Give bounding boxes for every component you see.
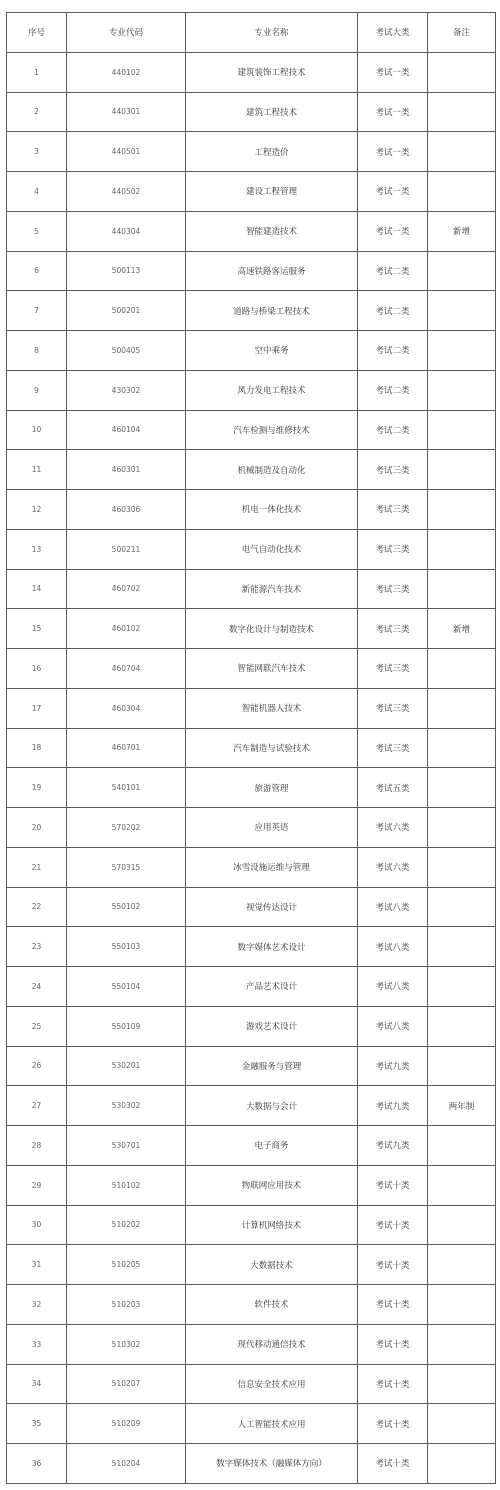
- cell-major-code: 460702: [67, 569, 186, 609]
- cell-serial-number: 18: [7, 728, 67, 768]
- cell-remarks: [428, 1404, 496, 1444]
- table-row: 6500113高速铁路客运服务考试二类: [7, 251, 496, 291]
- cell-major-code: 510302: [67, 1324, 186, 1364]
- cell-remarks: [428, 768, 496, 808]
- cell-serial-number: 7: [7, 291, 67, 331]
- table-row: 21570315冰雪设施运维与管理考试六类: [7, 847, 496, 887]
- table-row: 4440502建设工程管理考试一类: [7, 172, 496, 212]
- cell-major-name: 汽车检测与维修技术: [186, 410, 358, 450]
- cell-exam-category: 考试十类: [358, 1364, 428, 1404]
- cell-major-name: 游戏艺术设计: [186, 1006, 358, 1046]
- cell-exam-category: 考试九类: [358, 1126, 428, 1166]
- cell-major-name: 建筑装饰工程技术: [186, 52, 358, 92]
- cell-major-name: 机械制造及自动化: [186, 450, 358, 490]
- table-row: 35510209人工智能技术应用考试十类: [7, 1404, 496, 1444]
- table-row: 15460102数字化设计与制造技术考试三类新增: [7, 609, 496, 649]
- cell-serial-number: 26: [7, 1046, 67, 1086]
- cell-exam-category: 考试三类: [358, 490, 428, 530]
- table-row: 8500405空中乘务考试二类: [7, 331, 496, 371]
- table-row: 29510102物联网应用技术考试十类: [7, 1165, 496, 1205]
- table-row: 19540101旅游管理考试五类: [7, 768, 496, 808]
- cell-major-code: 530302: [67, 1086, 186, 1126]
- cell-remarks: [428, 370, 496, 410]
- table-row: 12460306机电一体化技术考试三类: [7, 490, 496, 530]
- table-row: 27530302大数据与会计考试九类两年制: [7, 1086, 496, 1126]
- table-row: 18460701汽车制造与试验技术考试三类: [7, 728, 496, 768]
- cell-remarks: [428, 251, 496, 291]
- cell-major-name: 工程造价: [186, 132, 358, 172]
- cell-serial-number: 8: [7, 331, 67, 371]
- cell-exam-category: 考试三类: [358, 450, 428, 490]
- cell-remarks: [428, 1245, 496, 1285]
- cell-serial-number: 10: [7, 410, 67, 450]
- cell-major-code: 500113: [67, 251, 186, 291]
- table-body: 1440102建筑装饰工程技术考试一类2440301建筑工程技术考试一类3440…: [7, 52, 496, 1483]
- cell-major-name: 建筑工程技术: [186, 92, 358, 132]
- cell-serial-number: 14: [7, 569, 67, 609]
- cell-exam-category: 考试三类: [358, 609, 428, 649]
- cell-serial-number: 1: [7, 52, 67, 92]
- cell-serial-number: 33: [7, 1324, 67, 1364]
- cell-serial-number: 36: [7, 1444, 67, 1484]
- table-row: 5440304智能建造技术考试一类新增: [7, 211, 496, 251]
- cell-major-name: 软件技术: [186, 1285, 358, 1325]
- cell-major-name: 冰雪设施运维与管理: [186, 847, 358, 887]
- cell-serial-number: 11: [7, 450, 67, 490]
- cell-remarks: [428, 1324, 496, 1364]
- cell-major-name: 大数据技术: [186, 1245, 358, 1285]
- cell-remarks: [428, 52, 496, 92]
- cell-major-code: 510203: [67, 1285, 186, 1325]
- cell-exam-category: 考试三类: [358, 728, 428, 768]
- cell-exam-category: 考试十类: [358, 1404, 428, 1444]
- cell-exam-category: 考试十类: [358, 1245, 428, 1285]
- cell-major-name: 旅游管理: [186, 768, 358, 808]
- cell-major-name: 金融服务与管理: [186, 1046, 358, 1086]
- cell-major-name: 风力发电工程技术: [186, 370, 358, 410]
- cell-exam-category: 考试八类: [358, 967, 428, 1007]
- cell-major-code: 510205: [67, 1245, 186, 1285]
- cell-exam-category: 考试二类: [358, 251, 428, 291]
- cell-major-code: 460306: [67, 490, 186, 530]
- cell-serial-number: 15: [7, 609, 67, 649]
- table-row: 20570202应用英语考试六类: [7, 808, 496, 848]
- cell-major-name: 信息安全技术应用: [186, 1364, 358, 1404]
- cell-remarks: [428, 688, 496, 728]
- cell-remarks: [428, 1046, 496, 1086]
- cell-remarks: [428, 808, 496, 848]
- cell-major-code: 460301: [67, 450, 186, 490]
- cell-remarks: [428, 331, 496, 371]
- cell-exam-category: 考试十类: [358, 1205, 428, 1245]
- cell-remarks: [428, 1006, 496, 1046]
- cell-remarks: [428, 92, 496, 132]
- cell-remarks: [428, 410, 496, 450]
- table-row: 25550109游戏艺术设计考试八类: [7, 1006, 496, 1046]
- cell-exam-category: 考试一类: [358, 52, 428, 92]
- cell-major-name: 数字媒体技术（融媒体方向）: [186, 1444, 358, 1484]
- cell-major-code: 510204: [67, 1444, 186, 1484]
- cell-serial-number: 21: [7, 847, 67, 887]
- cell-serial-number: 4: [7, 172, 67, 212]
- cell-remarks: [428, 967, 496, 1007]
- cell-remarks: [428, 1285, 496, 1325]
- cell-major-code: 530201: [67, 1046, 186, 1086]
- header-major-code: 专业代码: [67, 13, 186, 53]
- cell-major-name: 高速铁路客运服务: [186, 251, 358, 291]
- cell-serial-number: 17: [7, 688, 67, 728]
- table-row: 10460104汽车检测与维修技术考试二类: [7, 410, 496, 450]
- table-row: 36510204数字媒体技术（融媒体方向）考试十类: [7, 1444, 496, 1484]
- cell-major-name: 应用英语: [186, 808, 358, 848]
- cell-exam-category: 考试三类: [358, 569, 428, 609]
- cell-major-name: 现代移动通信技术: [186, 1324, 358, 1364]
- header-remarks: 备注: [428, 13, 496, 53]
- cell-exam-category: 考试一类: [358, 92, 428, 132]
- cell-serial-number: 13: [7, 529, 67, 569]
- cell-major-code: 440501: [67, 132, 186, 172]
- cell-serial-number: 24: [7, 967, 67, 1007]
- cell-major-code: 550104: [67, 967, 186, 1007]
- cell-remarks: [428, 132, 496, 172]
- cell-serial-number: 32: [7, 1285, 67, 1325]
- table-row: 17460304智能机器人技术考试三类: [7, 688, 496, 728]
- cell-major-code: 440502: [67, 172, 186, 212]
- cell-remarks: [428, 927, 496, 967]
- table-row: 16460704智能网联汽车技术考试三类: [7, 649, 496, 689]
- cell-major-code: 510102: [67, 1165, 186, 1205]
- header-serial-number: 序号: [7, 13, 67, 53]
- cell-serial-number: 2: [7, 92, 67, 132]
- cell-major-name: 道路与桥梁工程技术: [186, 291, 358, 331]
- cell-major-name: 数字媒体艺术设计: [186, 927, 358, 967]
- cell-major-name: 智能机器人技术: [186, 688, 358, 728]
- cell-serial-number: 35: [7, 1404, 67, 1444]
- cell-major-name: 计算机网络技术: [186, 1205, 358, 1245]
- table-row: 31510205大数据技术考试十类: [7, 1245, 496, 1285]
- table-row: 33510302现代移动通信技术考试十类: [7, 1324, 496, 1364]
- cell-serial-number: 16: [7, 649, 67, 689]
- cell-serial-number: 9: [7, 370, 67, 410]
- cell-major-code: 540101: [67, 768, 186, 808]
- cell-exam-category: 考试一类: [358, 172, 428, 212]
- cell-remarks: [428, 649, 496, 689]
- cell-remarks: [428, 291, 496, 331]
- cell-remarks: [428, 172, 496, 212]
- cell-remarks: [428, 1165, 496, 1205]
- cell-exam-category: 考试三类: [358, 688, 428, 728]
- cell-remarks: 两年制: [428, 1086, 496, 1126]
- cell-major-code: 460104: [67, 410, 186, 450]
- cell-serial-number: 27: [7, 1086, 67, 1126]
- cell-major-code: 460701: [67, 728, 186, 768]
- cell-exam-category: 考试十类: [358, 1285, 428, 1325]
- cell-remarks: [428, 728, 496, 768]
- header-exam-category: 考试大类: [358, 13, 428, 53]
- cell-major-name: 电子商务: [186, 1126, 358, 1166]
- cell-serial-number: 19: [7, 768, 67, 808]
- cell-major-name: 物联网应用技术: [186, 1165, 358, 1205]
- cell-serial-number: 12: [7, 490, 67, 530]
- cell-major-code: 510207: [67, 1364, 186, 1404]
- cell-exam-category: 考试一类: [358, 132, 428, 172]
- cell-exam-category: 考试十类: [358, 1165, 428, 1205]
- table-row: 7500201道路与桥梁工程技术考试二类: [7, 291, 496, 331]
- table-row: 9430302风力发电工程技术考试二类: [7, 370, 496, 410]
- cell-exam-category: 考试八类: [358, 887, 428, 927]
- cell-major-code: 460102: [67, 609, 186, 649]
- table-row: 28530701电子商务考试九类: [7, 1126, 496, 1166]
- cell-major-code: 460704: [67, 649, 186, 689]
- cell-major-code: 440102: [67, 52, 186, 92]
- cell-exam-category: 考试五类: [358, 768, 428, 808]
- cell-serial-number: 31: [7, 1245, 67, 1285]
- cell-major-name: 数字化设计与制造技术: [186, 609, 358, 649]
- table-row: 1440102建筑装饰工程技术考试一类: [7, 52, 496, 92]
- cell-remarks: [428, 847, 496, 887]
- table-row: 14460702新能源汽车技术考试三类: [7, 569, 496, 609]
- table-row: 22550102视觉传达设计考试八类: [7, 887, 496, 927]
- cell-major-code: 530701: [67, 1126, 186, 1166]
- table-row: 2440301建筑工程技术考试一类: [7, 92, 496, 132]
- cell-exam-category: 考试九类: [358, 1046, 428, 1086]
- cell-remarks: [428, 569, 496, 609]
- cell-major-code: 550109: [67, 1006, 186, 1046]
- majors-table: 序号 专业代码 专业名称 考试大类 备注 1440102建筑装饰工程技术考试一类…: [6, 12, 496, 1484]
- cell-serial-number: 20: [7, 808, 67, 848]
- cell-major-name: 智能建造技术: [186, 211, 358, 251]
- table-row: 3440501工程造价考试一类: [7, 132, 496, 172]
- cell-remarks: 新增: [428, 211, 496, 251]
- cell-major-name: 电气自动化技术: [186, 529, 358, 569]
- cell-exam-category: 考试六类: [358, 847, 428, 887]
- cell-major-name: 智能网联汽车技术: [186, 649, 358, 689]
- cell-serial-number: 30: [7, 1205, 67, 1245]
- cell-remarks: [428, 1364, 496, 1404]
- cell-exam-category: 考试十类: [358, 1444, 428, 1484]
- cell-major-code: 500405: [67, 331, 186, 371]
- cell-major-code: 500201: [67, 291, 186, 331]
- cell-major-code: 510202: [67, 1205, 186, 1245]
- cell-serial-number: 22: [7, 887, 67, 927]
- cell-exam-category: 考试二类: [358, 410, 428, 450]
- cell-remarks: [428, 887, 496, 927]
- cell-remarks: [428, 490, 496, 530]
- cell-major-name: 大数据与会计: [186, 1086, 358, 1126]
- cell-exam-category: 考试二类: [358, 370, 428, 410]
- table-row: 11460301机械制造及自动化考试三类: [7, 450, 496, 490]
- header-major-name: 专业名称: [186, 13, 358, 53]
- cell-serial-number: 34: [7, 1364, 67, 1404]
- table-row: 30510202计算机网络技术考试十类: [7, 1205, 496, 1245]
- cell-remarks: [428, 1205, 496, 1245]
- cell-exam-category: 考试一类: [358, 211, 428, 251]
- table-row: 13500211电气自动化技术考试三类: [7, 529, 496, 569]
- cell-major-code: 500211: [67, 529, 186, 569]
- cell-major-code: 440304: [67, 211, 186, 251]
- table-row: 23550103数字媒体艺术设计考试八类: [7, 927, 496, 967]
- cell-exam-category: 考试十类: [358, 1324, 428, 1364]
- cell-serial-number: 25: [7, 1006, 67, 1046]
- cell-serial-number: 29: [7, 1165, 67, 1205]
- cell-exam-category: 考试八类: [358, 1006, 428, 1046]
- cell-major-name: 新能源汽车技术: [186, 569, 358, 609]
- cell-major-code: 460304: [67, 688, 186, 728]
- cell-exam-category: 考试八类: [358, 927, 428, 967]
- cell-major-name: 视觉传达设计: [186, 887, 358, 927]
- cell-major-name: 建设工程管理: [186, 172, 358, 212]
- cell-remarks: [428, 1444, 496, 1484]
- cell-major-code: 570202: [67, 808, 186, 848]
- cell-major-name: 人工智能技术应用: [186, 1404, 358, 1444]
- table-row: 26530201金融服务与管理考试九类: [7, 1046, 496, 1086]
- cell-serial-number: 28: [7, 1126, 67, 1166]
- cell-serial-number: 6: [7, 251, 67, 291]
- cell-major-name: 机电一体化技术: [186, 490, 358, 530]
- cell-serial-number: 5: [7, 211, 67, 251]
- cell-serial-number: 23: [7, 927, 67, 967]
- cell-remarks: 新增: [428, 609, 496, 649]
- cell-major-code: 510209: [67, 1404, 186, 1444]
- cell-remarks: [428, 1126, 496, 1166]
- cell-remarks: [428, 450, 496, 490]
- cell-major-name: 空中乘务: [186, 331, 358, 371]
- majors-table-container: 序号 专业代码 专业名称 考试大类 备注 1440102建筑装饰工程技术考试一类…: [6, 12, 495, 1484]
- cell-major-code: 430302: [67, 370, 186, 410]
- table-row: 32510203软件技术考试十类: [7, 1285, 496, 1325]
- cell-major-code: 570315: [67, 847, 186, 887]
- table-row: 34510207信息安全技术应用考试十类: [7, 1364, 496, 1404]
- cell-major-name: 汽车制造与试验技术: [186, 728, 358, 768]
- cell-exam-category: 考试二类: [358, 331, 428, 371]
- cell-exam-category: 考试六类: [358, 808, 428, 848]
- cell-major-code: 550102: [67, 887, 186, 927]
- cell-serial-number: 3: [7, 132, 67, 172]
- cell-exam-category: 考试三类: [358, 529, 428, 569]
- table-header-row: 序号 专业代码 专业名称 考试大类 备注: [7, 13, 496, 53]
- cell-major-name: 产品艺术设计: [186, 967, 358, 1007]
- cell-remarks: [428, 529, 496, 569]
- cell-exam-category: 考试九类: [358, 1086, 428, 1126]
- cell-major-code: 440301: [67, 92, 186, 132]
- cell-exam-category: 考试二类: [358, 291, 428, 331]
- cell-exam-category: 考试三类: [358, 649, 428, 689]
- table-row: 24550104产品艺术设计考试八类: [7, 967, 496, 1007]
- cell-major-code: 550103: [67, 927, 186, 967]
